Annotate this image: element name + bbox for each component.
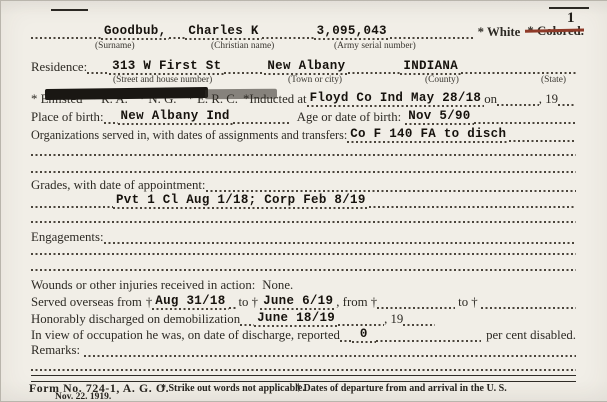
grades-value: Pvt 1 Cl Aug 1/18; Corp Feb 8/19 — [113, 193, 369, 209]
dotted-fill — [390, 37, 474, 39]
street-value: 313 W First St — [109, 59, 224, 75]
discharge-line: Honorably discharged on demobilization J… — [31, 311, 576, 327]
organizations-line: Organizations served in, with dates of a… — [31, 127, 576, 143]
surname-caption: (Surname) — [95, 41, 135, 51]
footnote-dagger: † Dates of departure from and arrival in… — [296, 383, 507, 394]
engagements-label: Engagements: — [31, 230, 104, 245]
redaction-bar-faded — [205, 89, 277, 100]
overseas-to-value: June 6/19 — [260, 294, 336, 310]
dotted-fill — [474, 122, 576, 124]
overseas-to2-label: to † — [458, 295, 478, 310]
overseas-line: Served overseas from † Aug 31/18 to † Ju… — [31, 294, 576, 310]
dotted-fill — [461, 72, 576, 74]
dotted-fill — [403, 324, 435, 326]
spacer — [177, 106, 188, 107]
discharge-date-value: June 18/19 — [254, 311, 338, 327]
county-value: INDIANA — [400, 59, 461, 75]
grades-label: Grades, with date of appointment: — [31, 178, 206, 193]
dotted-fill — [497, 104, 539, 106]
form-date: Nov. 22. 1919. — [55, 392, 111, 402]
state-caption: (State) — [541, 75, 566, 85]
dotted-fill — [84, 355, 576, 357]
residence-line: Residence: 313 W First St New Albany IND… — [31, 59, 576, 75]
disability-value: 0 — [352, 327, 376, 343]
wounds-value: None. — [262, 278, 293, 293]
overseas-to-label: to † — [239, 295, 259, 310]
organizations-value: Co F 140 FA to disch — [347, 127, 509, 143]
colored-label-wrap: * Colored. — [527, 22, 584, 40]
blank-dotted-line — [31, 369, 576, 371]
place-of-birth-value: New Albany Ind — [118, 109, 233, 125]
discharge-label: Honorably discharged on demobilization — [31, 312, 240, 327]
discharge-year-label: , 19 — [384, 312, 403, 327]
blank-dotted-line — [31, 154, 576, 156]
age-label: Age or date of birth: — [297, 110, 401, 125]
service-record-card: 1 Goodbub, Charles K 3,095,043 * White *… — [0, 0, 607, 402]
dotted-fill — [262, 37, 314, 39]
footnote-strikeout: * Strike out words not applicable. — [161, 383, 305, 394]
dotted-fill — [240, 324, 254, 326]
dotted-fill — [509, 140, 576, 142]
wounds-label: Wounds or other injuries received in act… — [31, 278, 255, 293]
dotted-fill — [224, 72, 264, 74]
birth-line: Place of birth: New Albany Ind Age or da… — [31, 109, 576, 125]
disability-label: In view of occupation he was, on date of… — [31, 328, 340, 343]
spacer — [520, 39, 527, 40]
grades-value-line: Pvt 1 Cl Aug 1/18; Corp Feb 8/19 — [31, 193, 576, 209]
dotted-fill — [206, 190, 577, 192]
overseas-from2-label: , from † — [336, 295, 377, 310]
dotted-fill — [369, 206, 576, 208]
white-label: * White — [478, 25, 521, 40]
dotted-fill — [31, 37, 101, 39]
blank-dotted-line — [31, 221, 576, 223]
name-line: Goodbub, Charles K 3,095,043 * White * C… — [31, 22, 584, 40]
dotted-fill — [87, 72, 109, 74]
dotted-fill — [31, 206, 113, 208]
christian-name-value: Charles K — [185, 24, 261, 40]
serial-number-caption: (Army serial number) — [334, 41, 416, 51]
dotted-fill — [169, 37, 185, 39]
top-left-mark — [51, 9, 88, 11]
county-caption: (County) — [425, 75, 459, 85]
dotted-fill — [558, 104, 576, 106]
blank-dotted-line — [31, 253, 576, 255]
spacer — [83, 106, 92, 107]
place-of-birth-label: Place of birth: — [31, 110, 104, 125]
engagements-line: Engagements: — [31, 230, 576, 245]
dotted-fill — [340, 340, 352, 342]
dotted-fill — [233, 122, 291, 124]
overseas-label: Served overseas from — [31, 295, 142, 310]
dotted-fill — [481, 307, 576, 309]
redaction-bar — [45, 87, 208, 100]
organizations-label: Organizations served in, with dates of a… — [31, 128, 347, 143]
spacer — [255, 292, 262, 293]
dotted-fill — [348, 72, 400, 74]
dotted-fill — [229, 307, 237, 309]
town-value: New Albany — [264, 59, 348, 75]
residence-label: Residence: — [31, 60, 87, 75]
dotted-fill — [104, 242, 577, 244]
disability-line: In view of occupation he was, on date of… — [31, 327, 576, 343]
christian-name-caption: (Christian name) — [211, 41, 274, 51]
town-caption: (Town or city) — [288, 75, 342, 85]
dotted-fill — [338, 324, 384, 326]
on-label: on — [484, 92, 497, 107]
serial-number-value: 3,095,043 — [314, 24, 390, 40]
street-caption: (Street and house number) — [113, 75, 212, 85]
disability-suffix: per cent disabled. — [486, 328, 576, 343]
surname-value: Goodbub, — [101, 24, 169, 40]
dotted-fill — [377, 307, 455, 309]
dotted-fill — [104, 122, 118, 124]
page-number-rule — [549, 7, 589, 9]
inducted-at-value: Floyd Co Ind May 28/18 — [307, 91, 485, 107]
remarks-label: Remarks: — [31, 343, 80, 358]
age-value: Nov 5/90 — [405, 109, 473, 125]
wounds-line: Wounds or other injuries received in act… — [31, 278, 576, 293]
blank-dotted-line — [31, 269, 576, 271]
spacer — [128, 106, 139, 107]
year-label: , 19 — [539, 92, 558, 107]
overseas-from-value: Aug 31/18 — [152, 294, 228, 310]
dotted-fill — [376, 340, 481, 342]
remarks-line: Remarks: — [31, 343, 576, 358]
blank-dotted-line — [31, 171, 576, 173]
grades-line: Grades, with date of appointment: — [31, 178, 576, 193]
